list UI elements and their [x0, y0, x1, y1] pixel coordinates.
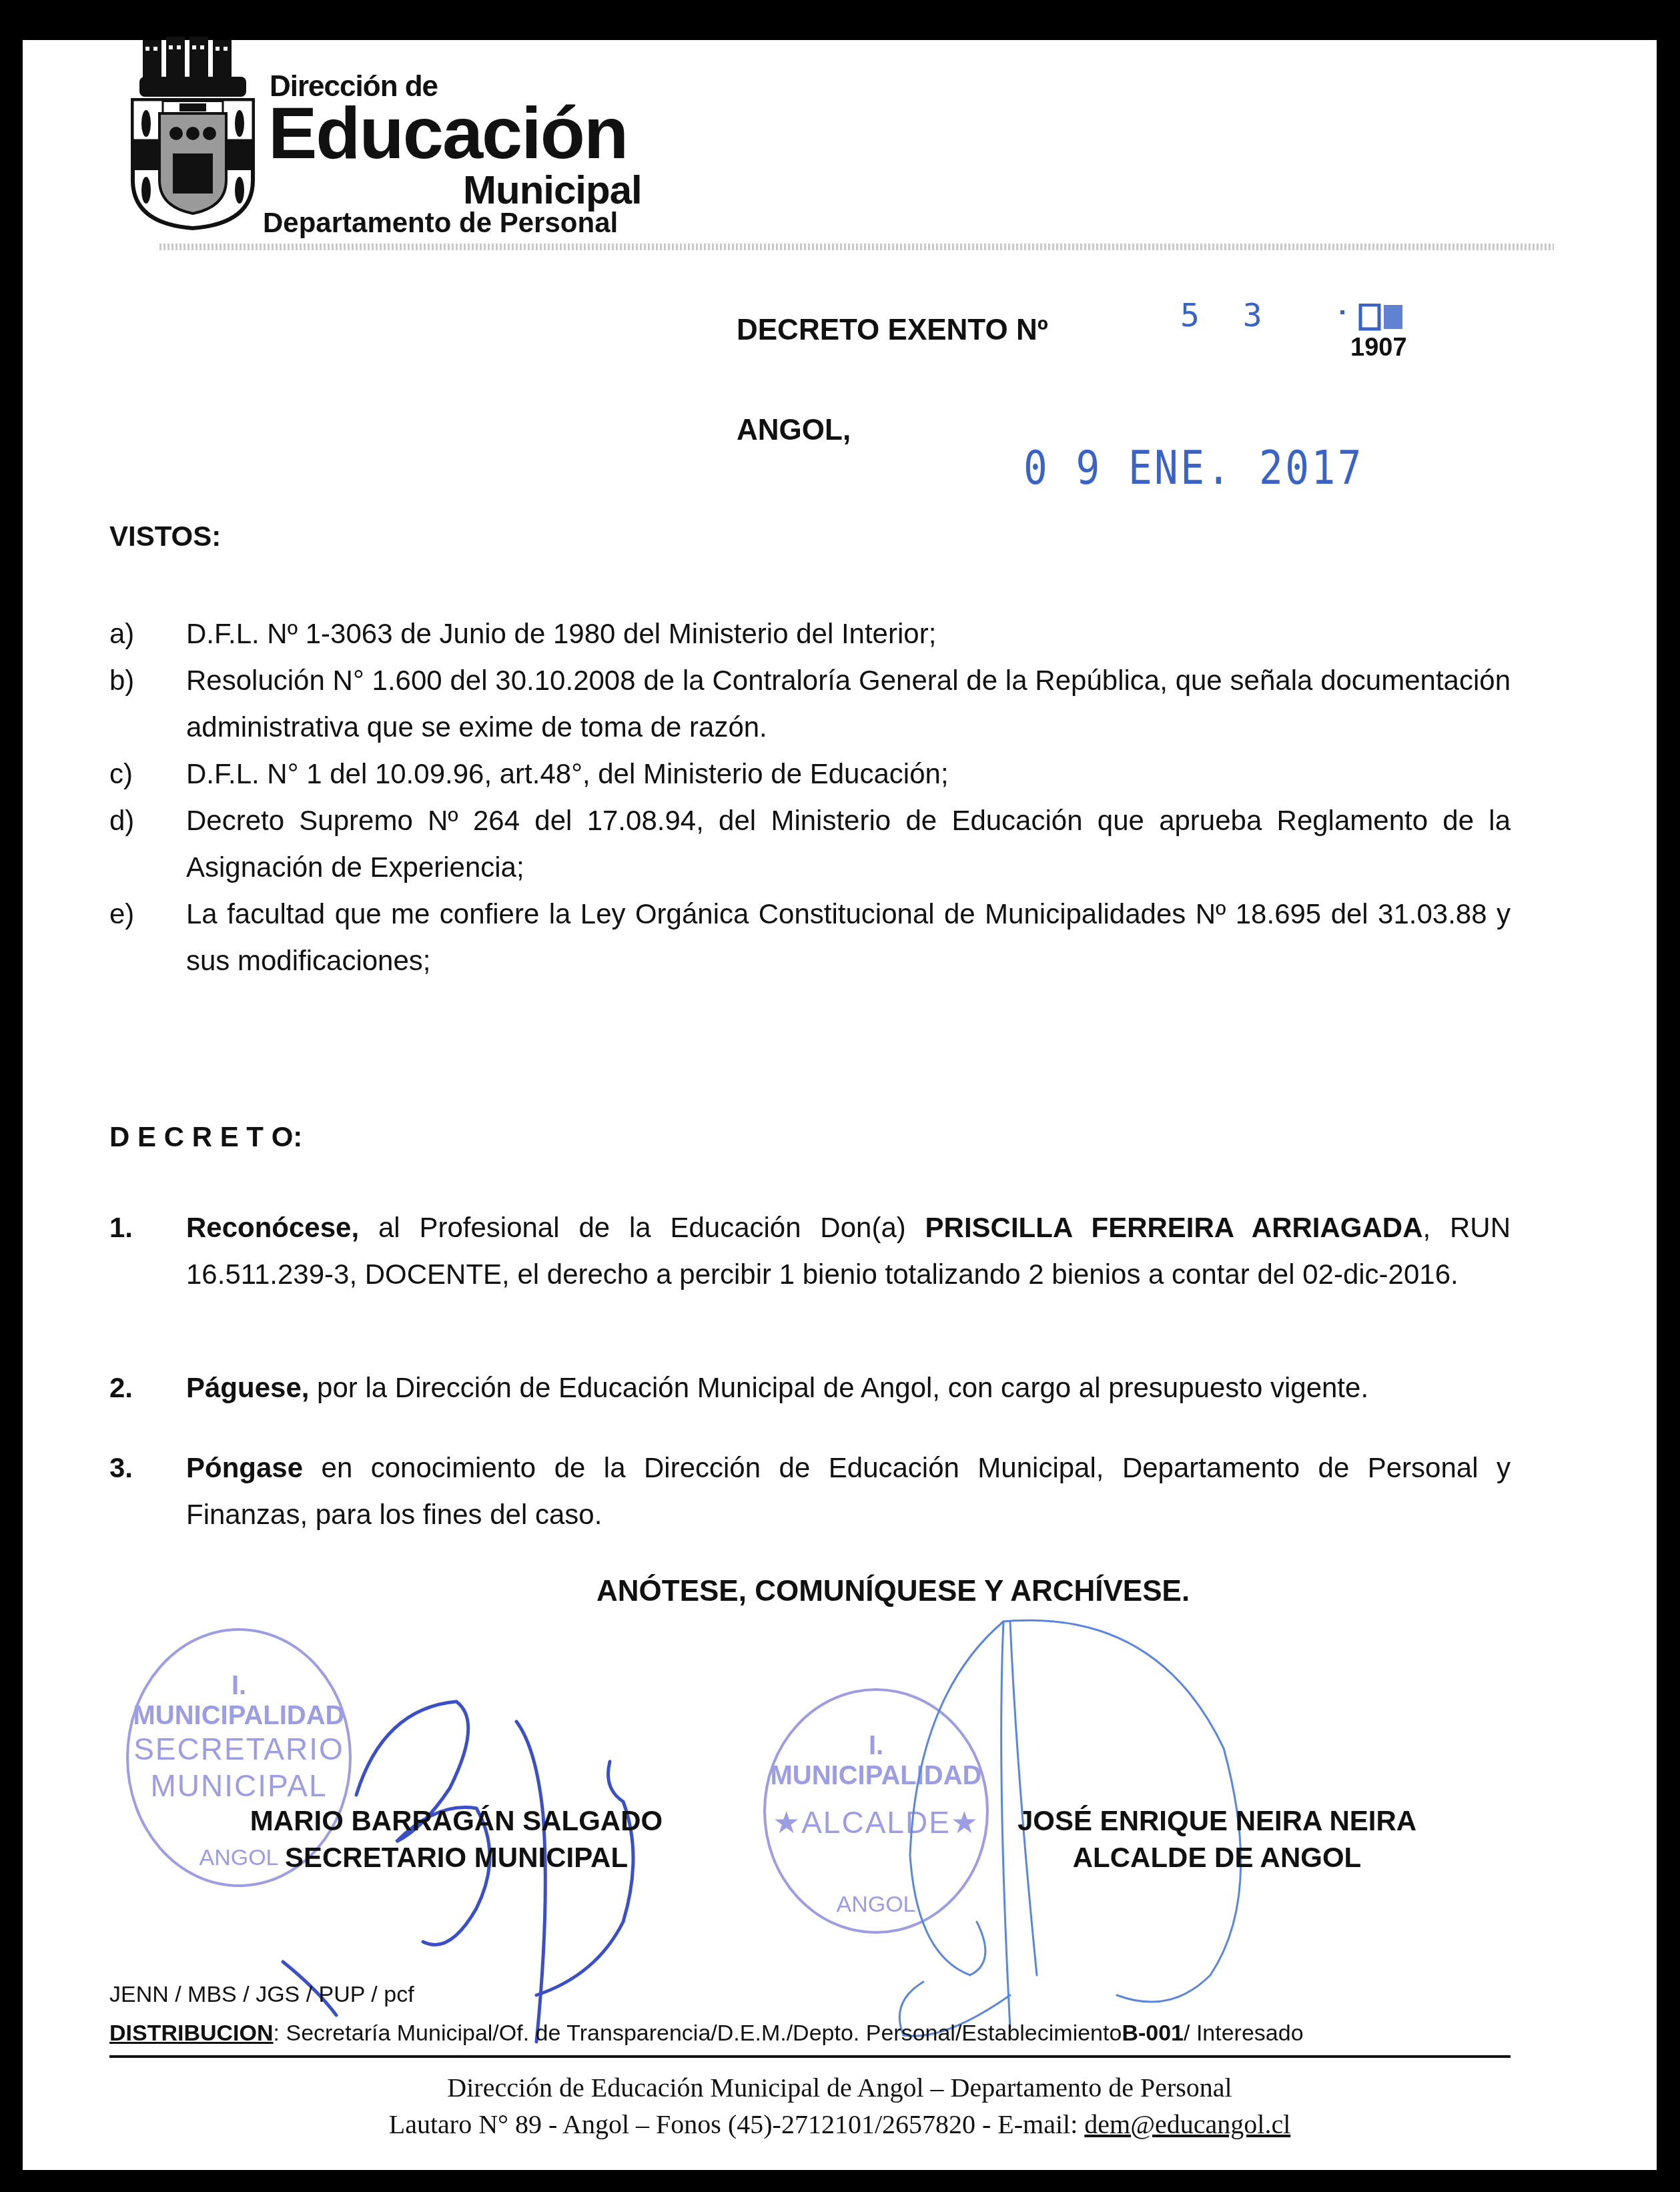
decreto-item-text: Páguese, por la Dirección de Educación M… [186, 1365, 1511, 1411]
vistos-item-label: a) [109, 611, 134, 657]
document-page: Dirección de Educación Municipal Departa… [23, 40, 1657, 2170]
beneficiary-name: PRISCILLA FERREIRA ARRIAGADA [925, 1212, 1423, 1243]
vistos-item-label: d) [109, 797, 134, 844]
seal-middle-text: MUNICIPAL [129, 1768, 349, 1804]
seal-middle-text: SECRETARIO [129, 1731, 349, 1767]
decreto-item: 3. Póngase en conocimiento de la Direcci… [109, 1445, 1511, 1538]
vistos-item-label: b) [109, 657, 134, 704]
vistos-item-label: e) [109, 891, 134, 938]
stamp-fragment-icon [1327, 304, 1407, 334]
vistos-item-label: c) [109, 751, 133, 797]
footer-line-1: Dirección de Educación Municipal de Ango… [23, 2072, 1657, 2103]
vistos-heading: VISTOS: [109, 520, 221, 553]
date-stamp: 0 9 ENE. 2017 [1023, 440, 1364, 495]
decree-place: ANGOL, [737, 414, 851, 447]
decreto-item-body: al Profesional de la Educación Don(a) [359, 1212, 925, 1243]
footer-address: Lautaro N° 89 - Angol – Fonos (45)-27121… [389, 2109, 1085, 2139]
footer-email-link[interactable]: dem@educangol.cl [1084, 2109, 1290, 2139]
signatory-role: ALCALDE DE ANGOL [983, 1842, 1450, 1874]
decreto-item-verb: Páguese, [186, 1372, 309, 1403]
establishment-code: B-001 [1122, 2021, 1184, 2046]
decreto-item-number: 1. [109, 1204, 133, 1251]
decreto-item-text: Reconócese, al Profesional de la Educaci… [186, 1204, 1511, 1298]
closing-formula: ANÓTESE, COMUNÍQUESE Y ARCHÍVESE. [596, 1575, 1190, 1608]
decreto-item: 1. Reconócese, al Profesional de la Educ… [109, 1204, 1511, 1298]
vistos-item: b) Resolución N° 1.600 del 30.10.2008 de… [109, 657, 1511, 751]
seal-alcalde: I. MUNICIPALIDAD ★ALCALDE★ ANGOL [763, 1688, 989, 1934]
municipal-crest-icon [129, 33, 256, 230]
distribution-label: DISTRIBUCION [109, 2021, 274, 2046]
signatory-name: MARIO BARRAGÁN SALGADO [196, 1805, 717, 1837]
decreto-item-number: 2. [109, 1365, 133, 1411]
decree-year: 1907 [1350, 334, 1407, 362]
distribution-list-end: / Interesado [1184, 2021, 1304, 2046]
decreto-item-verb: Reconócese, [186, 1212, 359, 1243]
decreto-item: 2. Páguese, por la Dirección de Educació… [109, 1365, 1511, 1411]
vistos-item: d) Decreto Supremo Nº 264 del 17.08.94, … [109, 797, 1511, 891]
seal-top-text: I. MUNICIPALIDAD [766, 1731, 986, 1791]
footer-divider [109, 2055, 1511, 2058]
decreto-item-body: en conocimiento de la Dirección de Educa… [186, 1452, 1511, 1530]
decreto-item-verb: Póngase [186, 1452, 303, 1483]
vistos-item-text: Decreto Supremo Nº 264 del 17.08.94, del… [186, 797, 1511, 891]
vistos-item: a) D.F.L. Nº 1-3063 de Junio de 1980 del… [109, 611, 1511, 657]
distribution-line: DISTRIBUCION: Secretaría Municipal/Of. d… [109, 2021, 1304, 2047]
seal-top-text: I. MUNICIPALIDAD [129, 1671, 349, 1731]
decreto-item-text: Póngase en conocimiento de la Dirección … [186, 1445, 1511, 1538]
header-line-municipal: Municipal [463, 167, 642, 213]
decreto-item-number: 3. [109, 1445, 133, 1491]
distribution-list: : Secretaría Municipal/Of. de Transparen… [274, 2021, 1122, 2046]
vistos-item-text: Resolución N° 1.600 del 30.10.2008 de la… [186, 657, 1511, 751]
vistos-item: e) La facultad que me confiere la Ley Or… [109, 891, 1511, 984]
header-divider [159, 244, 1554, 250]
decree-number-stamp: 5 3 [1180, 297, 1274, 334]
vistos-item: c) D.F.L. N° 1 del 10.09.96, art.48°, de… [109, 751, 1511, 797]
seal-bottom-text: ANGOL [766, 1892, 986, 1918]
seal-middle-text: ★ALCALDE★ [766, 1804, 986, 1840]
decreto-heading: D E C R E T O: [109, 1121, 302, 1153]
vistos-item-text: La facultad que me confiere la Ley Orgán… [186, 891, 1511, 984]
decree-title: DECRETO EXENTO Nº [737, 314, 1048, 347]
footer-line-2: Lautaro N° 89 - Angol – Fonos (45)-27121… [23, 2109, 1657, 2140]
vistos-item-text: D.F.L. Nº 1-3063 de Junio de 1980 del Mi… [186, 611, 1511, 657]
initials: JENN / MBS / JGS / PUP / pcf [109, 1982, 414, 2008]
signatory-role: SECRETARIO MUNICIPAL [196, 1842, 717, 1874]
vistos-item-text: D.F.L. N° 1 del 10.09.96, art.48°, del M… [186, 751, 1511, 797]
decreto-item-body: por la Dirección de Educación Municipal … [309, 1372, 1368, 1403]
header-line-departamento: Departamento de Personal [263, 207, 618, 239]
header-line-educacion: Educación [268, 97, 627, 170]
signatory-name: JOSÉ ENRIQUE NEIRA NEIRA [983, 1805, 1450, 1837]
